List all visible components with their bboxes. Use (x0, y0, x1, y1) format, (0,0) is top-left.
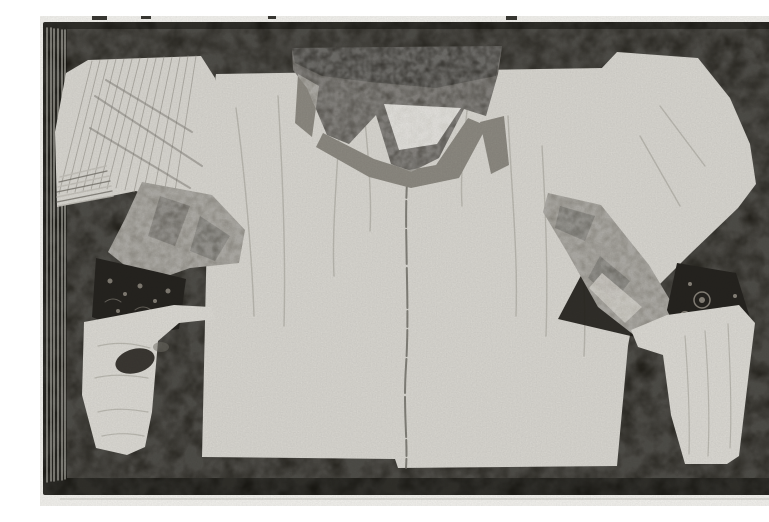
halftone-grain-overlay (40, 16, 769, 506)
photograph-canvas (40, 16, 769, 506)
framed-garment-photograph (40, 16, 769, 506)
